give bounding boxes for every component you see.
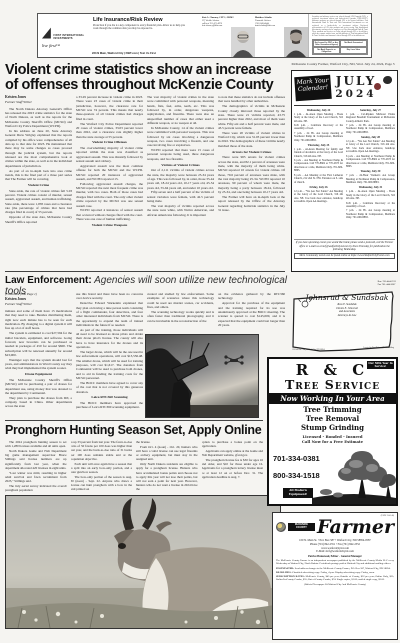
calendar-day-heading: Saturday, July 27 <box>346 109 395 113</box>
mark-your-calendar-logo: Mark Your Calendar! <box>294 75 332 101</box>
article-paragraph: to note that these statistics do not inc… <box>218 95 285 104</box>
drone-operator-photo <box>145 334 259 418</box>
article-paragraph: Applicants can apply online at the Game … <box>202 449 264 457</box>
article-paragraph: The system is estimated to cost $27,594 … <box>5 331 72 357</box>
article-paragraph: The overwhelming majority of violent cri… <box>76 146 143 163</box>
article-paragraph: Aggravated assault was the most common o… <box>76 164 143 181</box>
advisor-1: Kris A. Chorney, CFP®, AWM® VP, Wealth A… <box>202 14 255 57</box>
calendar-event: 1 p.m. - Al-Anon Meeting for family and … <box>294 148 343 159</box>
article-paragraph: There were 20 victims of violent crimes … <box>218 131 285 148</box>
calendar-event: 6:45 p.m. - Celebrate Recovery at the As… <box>346 202 395 209</box>
calendar-event: 1 p.m. - Al-Anon Open Meeting - Book Stu… <box>346 190 395 201</box>
article-paragraph: The McKenzie County Sheriff's Office (MC… <box>5 378 72 395</box>
article-subhead: Violent Crime <box>5 183 72 188</box>
article-column: to note that these statistics do not inc… <box>218 95 285 269</box>
free-estimate-note: Call Now for a Free Estimate <box>269 439 396 444</box>
article-paragraph: In his address on June 20, State Attorne… <box>5 129 72 168</box>
article-paragraph: The scanning technology works quickly an… <box>147 310 214 323</box>
firm-location-note: Located in First National Bank Building <box>363 347 394 349</box>
tree-service-ad: Our 50th Year In Service! R & C Tree Ser… <box>267 357 398 506</box>
calendar-event: 12 p.m. - "We Are Not Saints" AA Meeting… <box>294 190 343 204</box>
calendar-black-dot <box>383 76 392 84</box>
disclaimer-cell: Not Bank Deposits or Obligations <box>313 47 340 54</box>
article-paragraph: The pronghorn license fee is $30 for age… <box>202 458 264 479</box>
article-subhead: Arrests for Violent Crimes <box>218 150 285 155</box>
editor-line: Patrice Bumstead, Editor - General Manag… <box>276 555 394 558</box>
calendar-event: 7 p.m. - 24 Hr. AA Group meeting at Nort… <box>294 132 343 143</box>
calendar-right-column: Saturday, July 271 p.m. - Cal-Ripken Mid… <box>346 107 395 238</box>
article-paragraph: The 2024 pronghorn hunting season is set… <box>5 440 67 448</box>
article-subhead: Violent Crime Offenses <box>76 140 143 145</box>
calendar-event: 1 p.m. - Cal-Ripken Midwest Plains Regio… <box>346 113 395 124</box>
byline-title: Farmer Staff Writer <box>5 100 72 104</box>
article-paragraph: on the evidence gathered by the RTC360 t… <box>218 292 285 301</box>
calendar-event: 1 p.m. - Al-Anon Open Meeting - Book Stu… <box>294 113 343 124</box>
article-column: The vast majority of violent crimes in t… <box>147 95 214 269</box>
johnsrud-sundsbak-ad: Bus. 701-444-2211 Fax 701-444-3607 Johns… <box>290 280 398 355</box>
masthead-paragraph: DEADLINES: Classified advertising copy: … <box>276 571 394 574</box>
official-newspaper-line: (Official Newspaper Of Watford City And … <box>276 583 394 586</box>
article-subhead: Violent Crime Weapons <box>76 223 143 228</box>
article-paragraph: The vast majority of violent crimes in t… <box>147 95 214 125</box>
calendar-day-heading: Wednesday, July 24 <box>294 109 343 113</box>
calendar-month-label: JULY <box>332 74 380 88</box>
disclaimer-cell: Not Insured by FDIC or Any Other Governm… <box>313 40 340 47</box>
article-paragraph: State-wide, the rate of violent crimes f… <box>5 189 72 215</box>
tree-ad-banner: Now Working In Your Area <box>269 393 396 404</box>
crime-article-headline: Violent crime statistics show an increas… <box>5 63 287 93</box>
calendar-day-heading: Wednesday, July 31 <box>346 186 395 190</box>
service-item: Stump Grinding <box>269 424 396 433</box>
masthead-paragraphs: The McKenzie County Farmer is an indepen… <box>276 559 394 582</box>
section-divider <box>5 271 285 272</box>
article-paragraph: Each unit will once again have a season … <box>71 462 133 475</box>
section-divider <box>5 420 263 421</box>
article-paragraph: WCPD reported 4 instances of sexual assa… <box>76 208 143 221</box>
calendar-event: 8 p.m. - AA Meeting at the First Luthera… <box>294 174 343 185</box>
ad-copy: Life Insurance/Risk Review Protection if… <box>90 14 202 57</box>
article-paragraph: There were 965 arrests for violent crime… <box>218 155 285 194</box>
article-column: the license.From Oct. 4 (noon) - Oct. 20… <box>136 440 198 493</box>
calendar-month: JULY 2024 <box>332 74 380 100</box>
calendar-event: 6 p.m. - AA Meeting at Northeast Pump & … <box>294 159 343 173</box>
calendar-day-heading: Thursday, July 25 <box>294 144 343 148</box>
calendar-maroon-dot <box>374 83 381 90</box>
calendar-header: Mark Your Calendar! JULY 2024 <box>294 73 395 106</box>
article-column: created and studied by law enforcement. … <box>147 292 214 334</box>
newspaper-page: FIRST INTERNATIONAL INVESTMENTS live fir… <box>0 0 400 643</box>
advisor-1-photo <box>231 27 255 57</box>
calendar-event: 7 p.m. - 24 Hr. AA Group meeting at Nort… <box>346 209 395 220</box>
article-column: Kristen JonesFarmer Staff WriterThe Nort… <box>5 95 72 269</box>
continued-note: (Continued from Page 1) <box>5 292 72 296</box>
firm-address: 120 2nd Ave. NE, Watford City, ND 58854 <box>292 349 325 351</box>
article-paragraph: The demographics of victims in McKenzie … <box>218 104 285 130</box>
article-paragraph: As part of the training, those individua… <box>76 328 143 350</box>
pronghorn-article-body: The 2024 pronghorn hunting season is set… <box>5 440 263 493</box>
equipment-badge: All Modern Equipment! <box>283 488 313 498</box>
article-paragraph: WCPD reported that there were 15 cases o… <box>147 148 214 161</box>
ad-body-text: Protection if you die is a key component… <box>93 24 191 31</box>
masthead-email: E-Mail: mcf@watfordcitynd.com <box>276 550 394 554</box>
article-paragraph: a 33.29 percent increase in violent crim… <box>76 95 143 121</box>
masthead-paragraph: SUBSCRIPTION RATES: McKenzie County, $45… <box>276 575 394 582</box>
article-column: on the evidence gathered by the RTC360 t… <box>218 292 285 334</box>
article-paragraph: Detective Edward Warkentin explained tha… <box>76 301 143 327</box>
article-paragraph: The BOCC members have agreed to cover an… <box>76 381 143 394</box>
calendar-event: 7 p.m. - 24-Hour Women's AA Group Meetin… <box>346 174 395 185</box>
article-paragraph: is up 33 percent from last year. The faw… <box>71 440 133 461</box>
calendar-year-label: 2024 <box>332 88 380 100</box>
calendar-logo-line2: Calendar! <box>295 84 331 93</box>
article-subhead: Victims of Violent Crimes <box>147 163 214 168</box>
crime-article-body: Kristen JonesFarmer Staff WriterThe Nort… <box>5 95 285 269</box>
calendar-submission-note: If you have upcoming events you would li… <box>294 241 395 252</box>
fii-triangle-icon <box>42 25 52 41</box>
article-paragraph: The larger drone, which will be the one … <box>76 350 143 380</box>
calendar-event: 6:45 p.m. - Celebrate Recovery at the As… <box>294 124 343 131</box>
calendar-left-column: Wednesday, July 241 p.m. - Al-Anon Open … <box>294 107 343 238</box>
article-paragraph: Following aggravated assault charges, th… <box>76 182 143 208</box>
article-paragraph: inmates and some of them have 15 medicat… <box>5 309 72 331</box>
article-paragraph: The North Dakota Attorney General's Offi… <box>5 107 72 129</box>
farmer-masthead: (USPS 334-140) McKENZIE COUNTY Farmer 10… <box>272 512 398 640</box>
tree-ad-name-bottom: Tree Service <box>269 377 396 392</box>
article-column: The 2024 pronghorn hunting season is set… <box>5 440 67 493</box>
article-paragraph: They plan to purchase the drones from DJ… <box>5 396 72 409</box>
masthead-paragraph: POSTMASTER: Send address changes to the … <box>276 567 394 570</box>
pronghorn-photo-art <box>6 496 280 628</box>
article-paragraph: created and studied by law enforcement. … <box>147 292 214 309</box>
article-paragraph: Opposite of the state data, McKenzie Cou… <box>5 215 72 224</box>
calendar-day-heading: Friday, July 26 <box>294 186 343 190</box>
article-paragraph: Weninger says that the system should las… <box>5 358 72 371</box>
law-firm-name: Johnsrud & Sundsbak <box>304 293 390 302</box>
farmer-wordmark: Farmer <box>317 516 394 538</box>
article-subhead: Drone Equipment <box>5 372 72 377</box>
fii-tagline: live first™ <box>42 43 88 48</box>
life-insurance-ad-banner: FIRST INTERNATIONAL INVESTMENTS live fir… <box>37 13 372 58</box>
article-paragraph: the license. <box>136 440 198 444</box>
pronghorn-article-headline: Pronghorn Hunting Season Set, Apply Onli… <box>5 423 263 437</box>
johnsrud-fax: Fax 701-444-3607 <box>378 283 396 286</box>
byline-title: Farmer Staff Writer <box>5 302 72 306</box>
calendar-online-note: More Community events can be found onlin… <box>294 253 395 260</box>
attorneys-at-law-label: Attorneys At Law <box>304 314 390 318</box>
advisor-2-photo <box>284 27 308 57</box>
calendar-day-heading: Sunday, July 28 <box>346 136 395 140</box>
article-paragraph: North Dakota Game and Fish Department bi… <box>5 449 67 470</box>
ad-disclaimer: Securities and advisory services are off… <box>308 14 371 57</box>
advisor-2: Matthew Schultz Financial Advisor (701) … <box>255 14 308 57</box>
article-paragraph: The vast majority of victims reported ac… <box>147 204 214 217</box>
community-calendar: Mark Your Calendar! JULY 2024 Wednesday,… <box>291 70 398 272</box>
disclaimer-cell: Not Bank Guaranteed <box>340 40 367 47</box>
drone-photo-art <box>146 335 258 417</box>
ad-title: Life Insurance/Risk Review <box>93 17 199 23</box>
anniversary-badge: Our 50th Year In Service! <box>367 361 394 369</box>
calendar-event: 6 p.m. - AA Meeting at Northeast Pump & … <box>346 155 395 169</box>
article-paragraph: In McKenzie County, 14 of the violent cr… <box>147 126 214 148</box>
farmer-logo: McKENZIE COUNTY Farmer <box>276 516 394 538</box>
article-paragraph: From Oct. 4 (noon) - Oct. 20, hunters wh… <box>136 445 198 462</box>
article-paragraph: use this brand and there have been no co… <box>76 292 143 301</box>
fii-logo-text: FIRST INTERNATIONAL INVESTMENTS <box>54 35 88 40</box>
article-column: is up 33 percent from last year. The faw… <box>71 440 133 493</box>
article-column: option to purchase a bonus point on the … <box>202 440 264 493</box>
calendar-listings: Wednesday, July 241 p.m. - Al-Anon Open … <box>294 107 395 238</box>
farmer-emblem-icon <box>276 522 286 532</box>
masthead-paragraph: The McKenzie County Farmer is an indepen… <box>276 559 394 566</box>
article-column: use this brand and there have been no co… <box>76 292 143 422</box>
fii-logo: FIRST INTERNATIONAL INVESTMENTS live fir… <box>38 14 90 57</box>
article-paragraph: The bow-only portion of the season is Au… <box>71 475 133 492</box>
article-paragraph: Approval for the purchase of the equipme… <box>218 301 285 327</box>
law-headline-kicker: Law Enforcement: <box>5 275 92 286</box>
article-column: (Continued from Page 1)Kristen JonesFarm… <box>5 292 72 422</box>
article-paragraph: The Watford City Police Department repor… <box>76 122 143 139</box>
calendar-event: 12 p.m. - "We Are Not Saints" AA Meeting… <box>346 140 395 154</box>
calendar-event: 7 p.m. - 24 Hr. AA Group meeting at Nort… <box>346 124 395 135</box>
county-label: McKENZIE COUNTY <box>288 523 315 531</box>
trees-illustration <box>312 446 396 504</box>
calendar-footer: If you have upcoming events you would li… <box>294 239 395 259</box>
article-paragraph: Fifty-seven and a half percent of the vi… <box>147 190 214 203</box>
tree-ad-services: Tree Trimming Tree Removal Stump Grindin… <box>269 406 396 432</box>
article-paragraph: The Farmer will have an in-depth look at… <box>218 195 285 212</box>
article-column: a 33.29 percent increase in violent crim… <box>76 95 143 269</box>
article-paragraph: The July aerial survey indicated the ove… <box>5 484 67 492</box>
article-paragraph: Only North Dakota residents are eligible… <box>136 462 198 492</box>
pronghorn-photo <box>5 495 281 629</box>
page-identity-line: McKenzie County Farmer, Watford City, ND… <box>288 62 398 66</box>
article-paragraph: option to purchase a bonus point on the … <box>202 440 264 448</box>
article-paragraph: Out of 2,111 victims of violent crimes a… <box>147 168 214 190</box>
calendar-day-heading: Tuesday, July 30 <box>346 170 395 174</box>
article-paragraph: The BOCC members have approved the purch… <box>76 401 143 410</box>
disclaimer-table: Not Insured by FDIC or Any Other Governm… <box>312 39 368 55</box>
disclaimer-cell: May Lose Value <box>340 47 367 54</box>
article-paragraph: As part of an in-depth look into area cr… <box>5 169 72 182</box>
article-paragraph: "Last winter was mild, resulting in high… <box>5 471 67 484</box>
article-subhead: Leica RTC360 Scanning <box>76 395 143 400</box>
ad-fineprint: Securities and advisory services are off… <box>312 16 368 38</box>
